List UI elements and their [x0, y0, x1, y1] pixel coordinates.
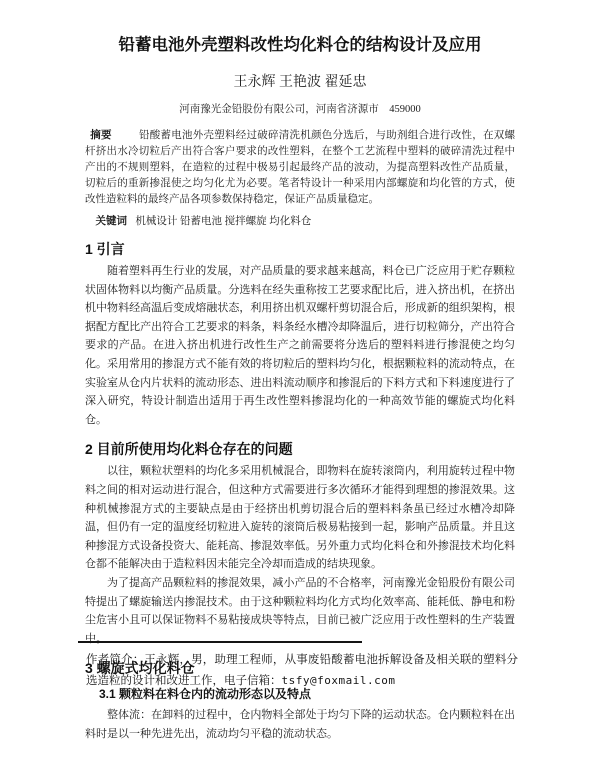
paper-title: 铅蓄电池外壳塑料改性均化料仓的结构设计及应用 — [85, 34, 515, 57]
section-2-heading: 2 目前所使用均化料仓存在的问题 — [85, 440, 515, 458]
abstract-text: 铅酸蓄电池外壳塑料经过破碎清洗机颜色分选后，与助剂组合进行改性，在双螺杆挤出水冷… — [85, 130, 515, 205]
keywords-label: 关键词 — [96, 215, 128, 227]
affiliation-line: 河南豫光金铅股份有限公司，河南省济源市 459000 — [85, 101, 515, 116]
author-email: tsfy@foxmail.com — [282, 674, 396, 687]
abstract-label: 摘要 — [90, 129, 112, 141]
abstract-block: 摘要铅酸蓄电池外壳塑料经过破碎清洗机颜色分选后，与助剂组合进行改性，在双螺杆挤出… — [85, 127, 515, 208]
section-1-paragraph: 随着塑料再生行业的发展，对产品质量的要求越来越高，料仓已广泛应用于贮存颗粒状固体… — [85, 262, 515, 429]
footnote: 作者简介：王永辉，男，助理工程师，从事废铅酸蓄电池拆解设备及相关联的塑料分选造粒… — [78, 641, 518, 691]
section-1-heading: 1 引言 — [85, 240, 515, 258]
keywords-line: 关键词机械设计 铅蓄电池 搅拌螺旋 均化料仓 — [85, 214, 515, 229]
subsection-3-1-paragraph: 整体流：在卸料的过程中，仓内物料全部处于均匀下降的运动状态。仓内颗粒料在出料时是… — [85, 706, 515, 743]
authors-line: 王永辉 王艳波 翟延忠 — [85, 71, 515, 91]
section-2-paragraph-2: 为了提高产品颗粒料的掺混效果，减小产品的不合格率，河南豫光金铅股份有限公司特提出… — [85, 574, 515, 648]
keywords-text: 机械设计 铅蓄电池 搅拌螺旋 均化料仓 — [135, 216, 311, 227]
section-2-paragraph-1: 以往，颗粒状塑料的均化多采用机械混合，即物料在旋转滚筒内，利用旋转过程中物料之间… — [85, 462, 515, 574]
document-page: 铅蓄电池外壳塑料改性均化料仓的结构设计及应用 王永辉 王艳波 翟延忠 河南豫光金… — [0, 0, 600, 768]
footnote-rule — [78, 641, 362, 643]
author-bio: 作者简介：王永辉，男，助理工程师，从事废铅酸蓄电池拆解设备及相关联的塑料分选造粒… — [86, 651, 518, 691]
